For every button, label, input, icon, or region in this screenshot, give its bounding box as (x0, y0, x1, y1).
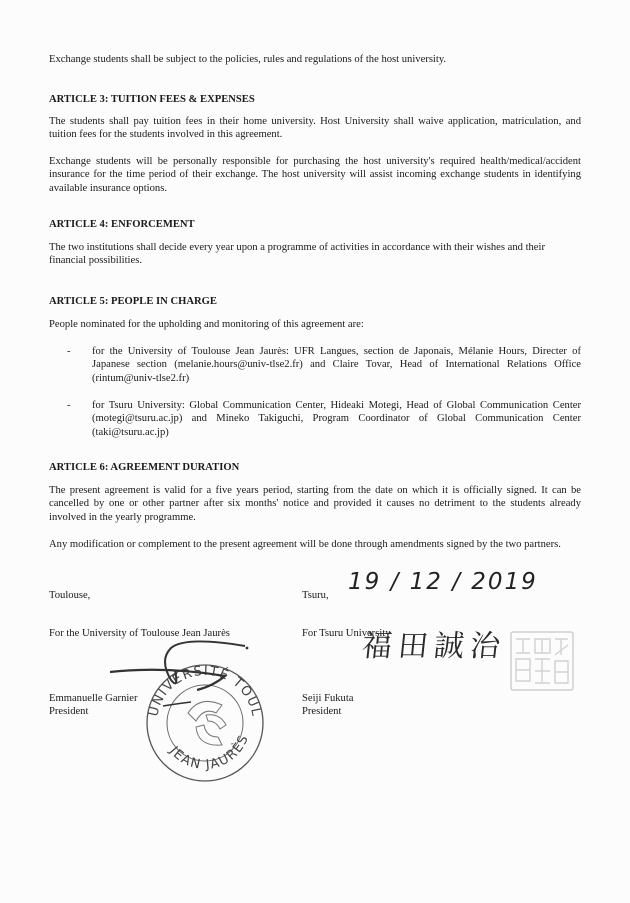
article-6-heading: ARTICLE 6: AGREEMENT DURATION (49, 461, 239, 474)
article-4-heading: ARTICLE 4: ENFORCEMENT (49, 218, 195, 231)
right-signatory-title: President (302, 705, 341, 718)
article-3-heading: ARTICLE 3: TUITION FEES & EXPENSES (49, 93, 255, 106)
article-3-paragraph-1: The students shall pay tuition fees in t… (49, 115, 581, 142)
svg-text:JEAN JAURÈS: JEAN JAURÈS (166, 732, 253, 773)
president-signature-stroke (105, 640, 255, 720)
right-place: Tsuru, (302, 589, 329, 602)
intro-paragraph: Exchange students shall be subject to th… (49, 53, 581, 66)
handwritten-signature-japanese: 福田誠治 (361, 640, 506, 653)
bullet-marker: - (67, 345, 71, 358)
handwritten-date: 19 / 12 / 2019 (348, 576, 538, 589)
tsuru-seal-icon (510, 631, 574, 691)
right-signatory-name: Seiji Fukuta (302, 692, 354, 705)
article-5-heading: ARTICLE 5: PEOPLE IN CHARGE (49, 295, 217, 308)
article-3-paragraph-2: Exchange students will be personally res… (49, 155, 581, 195)
left-signatory-title: President (49, 705, 88, 718)
seal-text-bottom: JEAN JAURÈS (166, 732, 253, 773)
left-place: Toulouse, (49, 589, 90, 602)
article-6-paragraph-1: The present agreement is valid for a fiv… (49, 484, 581, 524)
article-5-paragraph-1: People nominated for the upholding and m… (49, 318, 581, 331)
article-6-paragraph-2: Any modification or complement to the pr… (49, 538, 581, 551)
bullet-item-toulouse: for the University of Toulouse Jean Jaur… (92, 345, 581, 385)
bullet-item-tsuru: for Tsuru University: Global Communicati… (92, 399, 581, 439)
article-4-paragraph-1: The two institutions shall decide every … (49, 241, 581, 268)
left-for-label: For the University of Toulouse Jean Jaur… (49, 627, 230, 640)
bullet-marker: - (67, 399, 71, 412)
